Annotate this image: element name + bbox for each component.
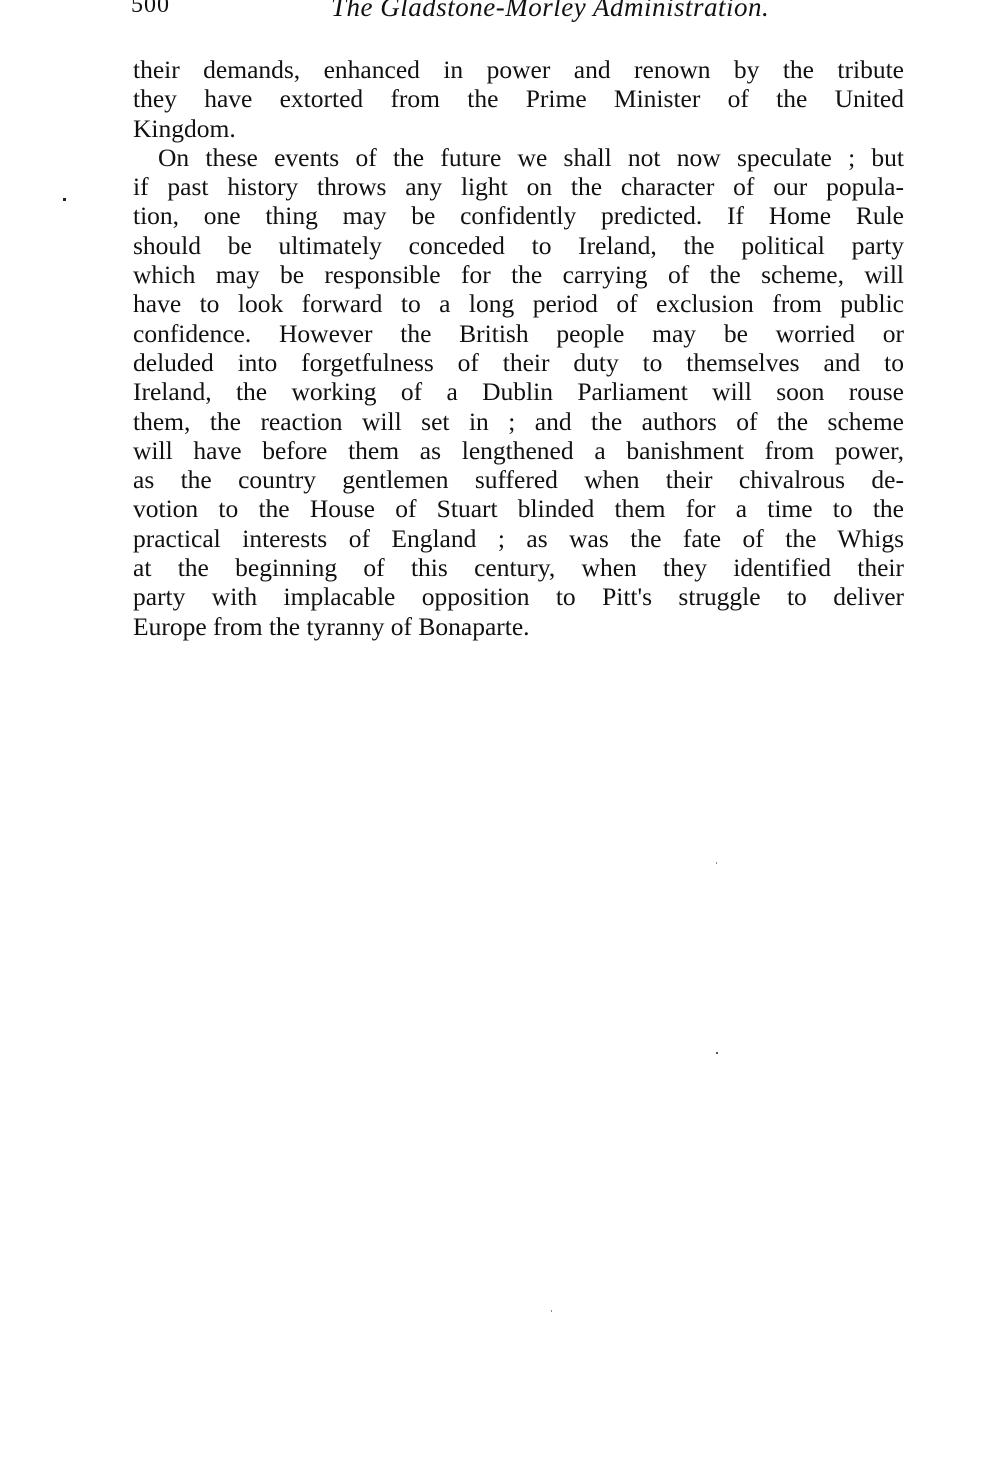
text-line: Ireland, the working of a Dublin Parliam… (133, 377, 904, 406)
scan-speck (716, 1052, 718, 1054)
text-line: as the country gentlemen suffered when t… (133, 465, 904, 494)
text-line: at the beginning of this century, when t… (133, 553, 904, 582)
text-line: tion, one thing may be confidently predi… (133, 201, 904, 230)
text-line: practical interests of England ; as was … (133, 524, 904, 553)
text-line: if past history throws any light on the … (133, 172, 904, 201)
page-number: 500 (131, 0, 170, 19)
running-head: 500 The Gladstone-Morley Administration. (131, 0, 911, 22)
text-line: deluded into forgetfulness of their duty… (133, 348, 904, 377)
running-title: The Gladstone-Morley Administration. (331, 0, 769, 22)
text-line: On these events of the future we shall n… (133, 143, 904, 172)
text-line: Kingdom. (133, 114, 904, 143)
text-line: they have extorted from the Prime Minist… (133, 84, 904, 113)
text-line: which may be responsible for the carryin… (133, 260, 904, 289)
text-line: party with implacable opposition to Pitt… (133, 582, 904, 611)
body-text: their demands, enhanced in power and ren… (133, 55, 904, 641)
text-line: confidence. However the British people m… (133, 319, 904, 348)
text-line: them, the reaction will set in ; and the… (133, 407, 904, 436)
text-line: will have before them as lengthened a ba… (133, 436, 904, 465)
paragraph-1: their demands, enhanced in power and ren… (133, 55, 904, 143)
text-line: have to look forward to a long period of… (133, 289, 904, 318)
text-line: their demands, enhanced in power and ren… (133, 55, 904, 84)
text-line: Europe from the tyranny of Bonaparte. (133, 612, 904, 641)
paragraph-2: On these events of the future we shall n… (133, 143, 904, 641)
scan-speck (63, 198, 66, 201)
scan-speck (551, 1310, 552, 1312)
text-line: should be ultimately conceded to Ireland… (133, 231, 904, 260)
scan-speck (716, 862, 717, 864)
text-line: votion to the House of Stuart blinded th… (133, 494, 904, 523)
